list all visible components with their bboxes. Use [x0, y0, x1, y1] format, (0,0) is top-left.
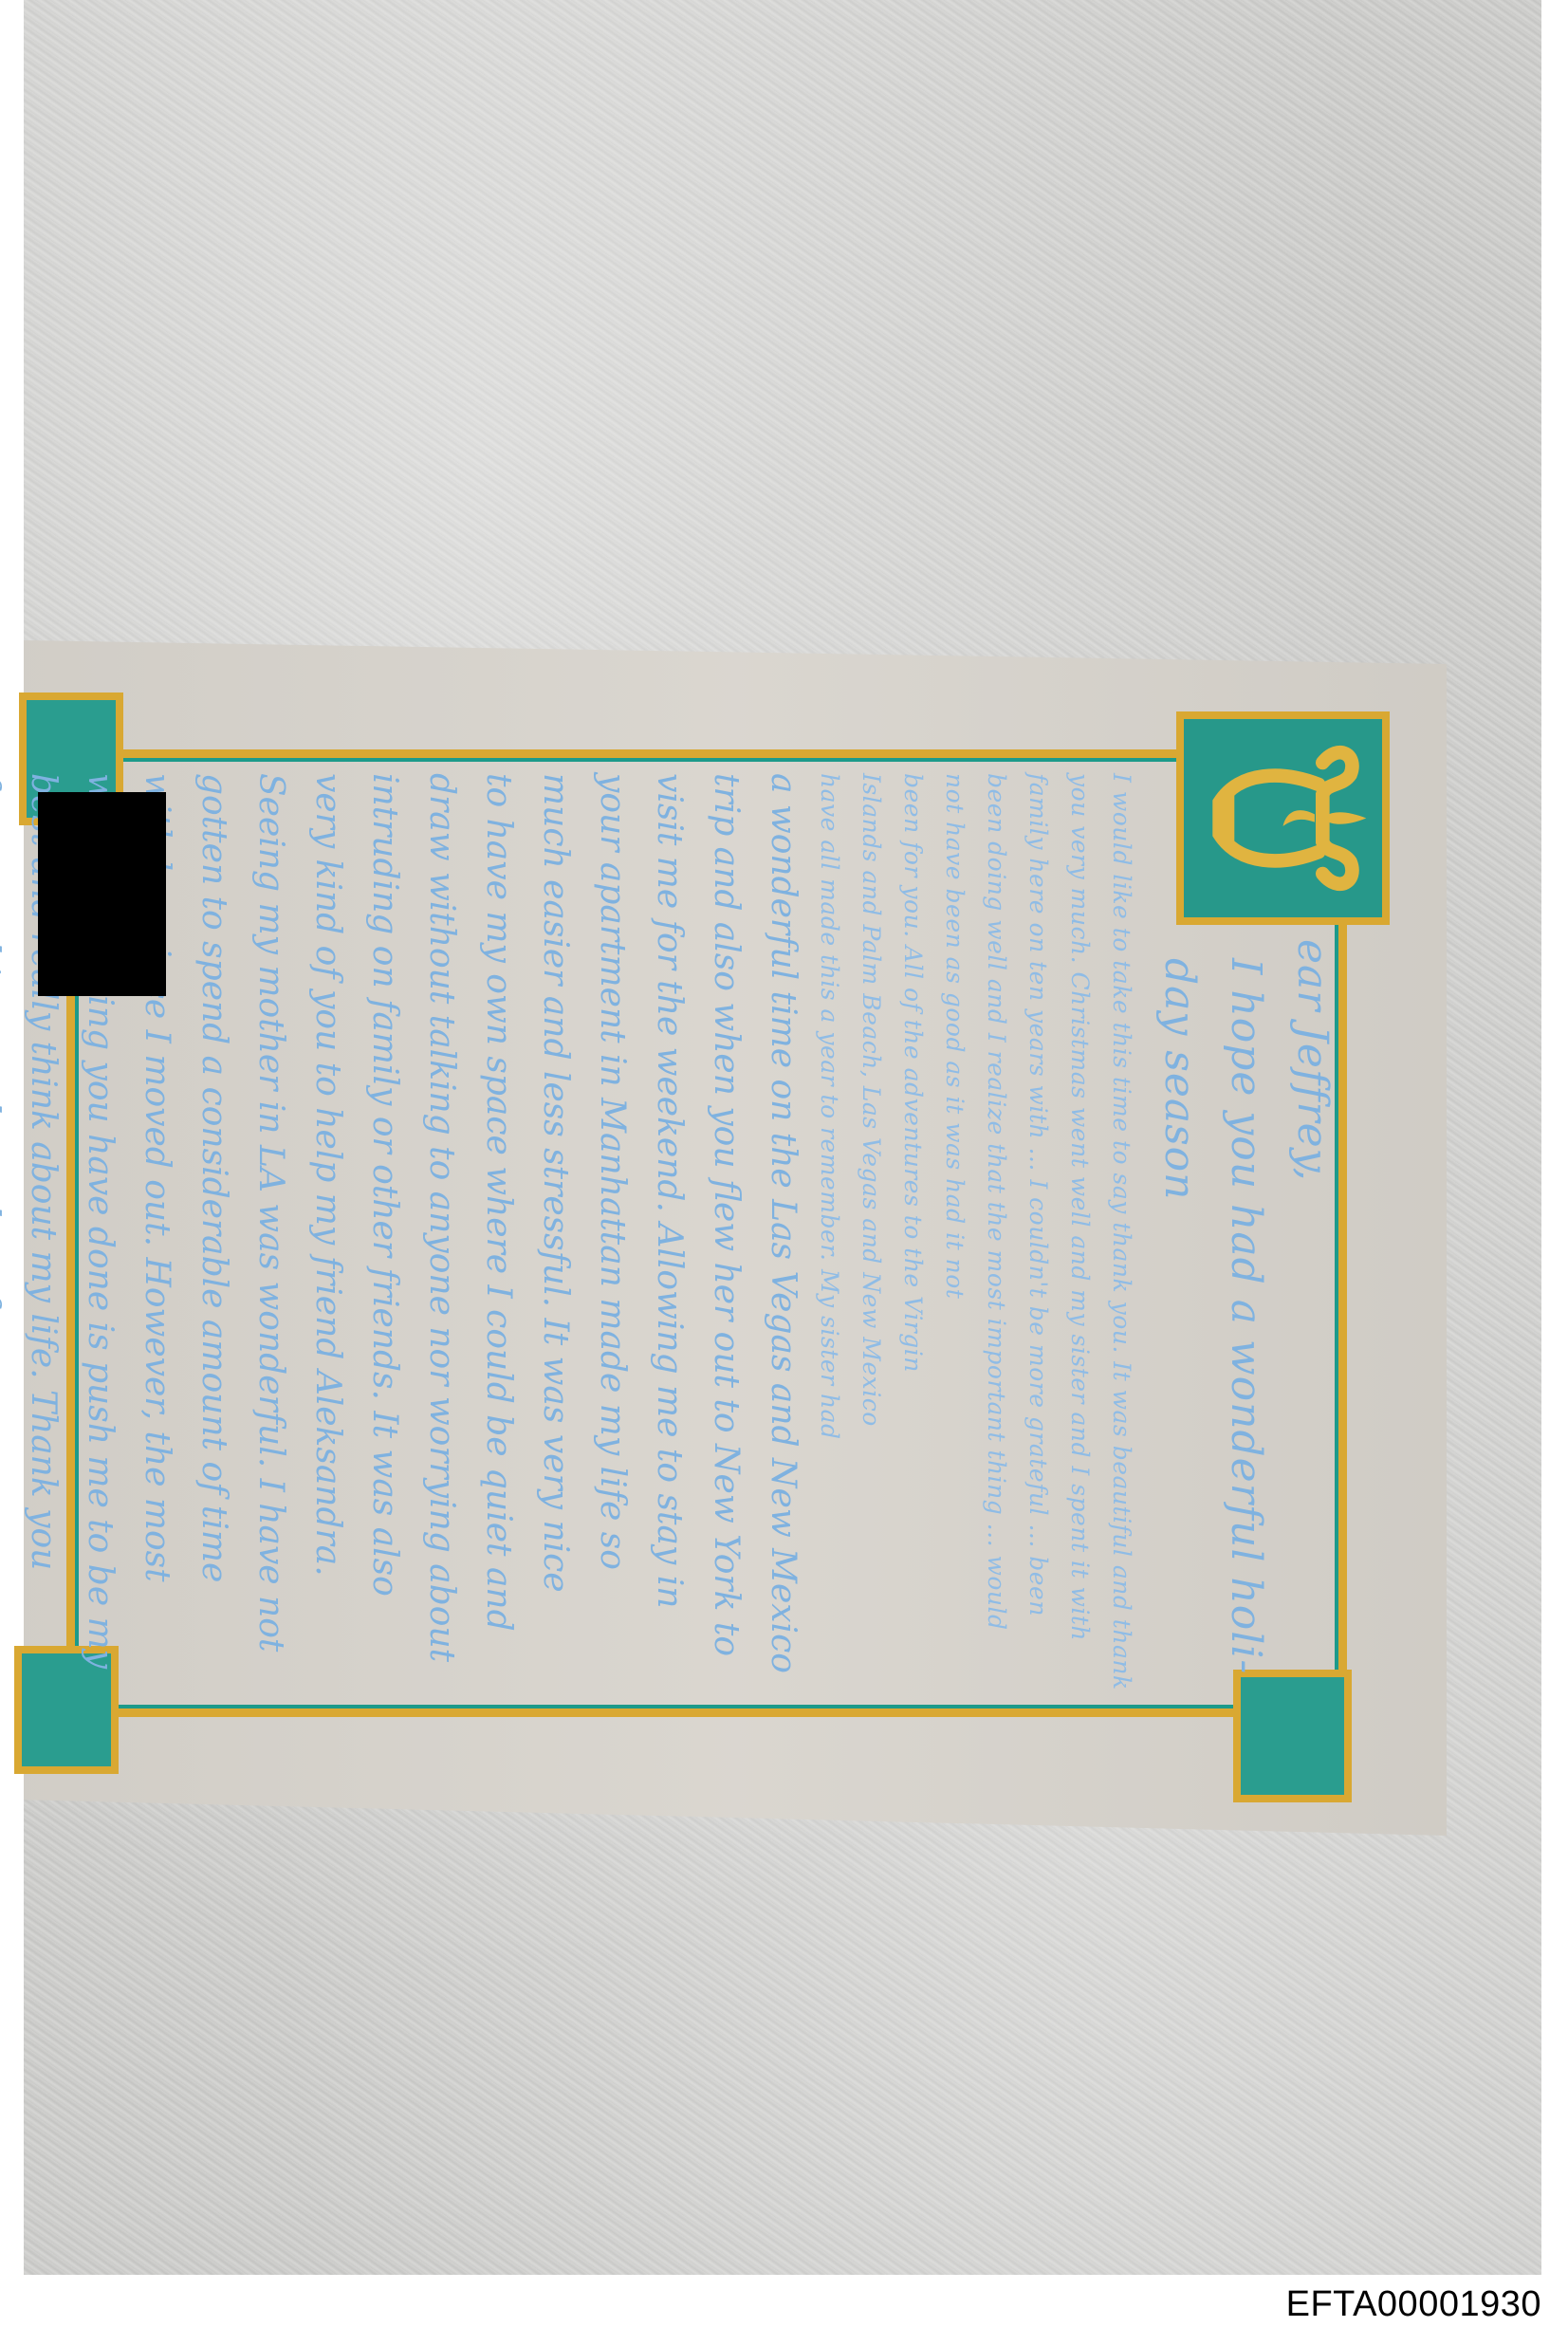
letter-line: gotten to spend a considerable amount of… — [196, 773, 231, 1684]
letter-line: your apartment in Manhattan made my life… — [595, 773, 629, 1684]
letter-line: very kind of you to help my friend Aleks… — [310, 773, 344, 1684]
redaction-box — [38, 792, 166, 996]
letter-sheet: ear Jeffrey, I hope you had a wonderful … — [24, 640, 1447, 1836]
letter-line: day season — [1158, 958, 1200, 1684]
letter-line: been doing well and I realize that the m… — [985, 773, 1008, 1684]
letter-line: intruding on family or other friends. It… — [367, 773, 401, 1684]
letter-line: have all made this a year to remember. M… — [818, 773, 841, 1684]
letter-line: not have been as good as it was had it n… — [943, 773, 967, 1684]
letter-line: Islands and Palm Beach, Las Vegas and Ne… — [859, 773, 883, 1684]
corner-square-top-right — [1233, 1670, 1352, 1802]
letter-line: family here on ten years with ... I coul… — [1026, 773, 1050, 1684]
letter-line: been for you. All of the adventures to t… — [901, 773, 925, 1684]
letter-line: a wonderful time on the Las Vegas and Ne… — [766, 773, 800, 1684]
letter-line: you very much. Christmas went well and m… — [1068, 773, 1092, 1684]
letter-line: much easier and less stressful. It was v… — [538, 773, 572, 1684]
letter-line: draw without talking to anyone nor worry… — [424, 773, 458, 1684]
letter-body: ear Jeffrey, I hope you had a wonderful … — [0, 773, 1333, 1684]
salutation: ear Jeffrey, — [1291, 939, 1333, 1684]
letter-line: trip and also when you flew her out to N… — [709, 773, 743, 1684]
letter-rotated: ear Jeffrey, I hope you had a wonderful … — [24, 640, 1447, 1836]
letter-line: visit me for the weekend. Allowing me to… — [652, 773, 686, 1684]
letter-line: to have my own space where I could be qu… — [481, 773, 515, 1684]
letter-line: I hope you had a wonderful holi- — [1225, 958, 1266, 1684]
letter-line: I would like to take this time to say th… — [1110, 773, 1134, 1684]
letter-line: Seeing my mother in LA was wonderful. I … — [253, 773, 287, 1684]
bates-number: EFTA00001930 — [1286, 2284, 1541, 2325]
letter-line: for everything you have done for me. — [0, 773, 3, 1684]
